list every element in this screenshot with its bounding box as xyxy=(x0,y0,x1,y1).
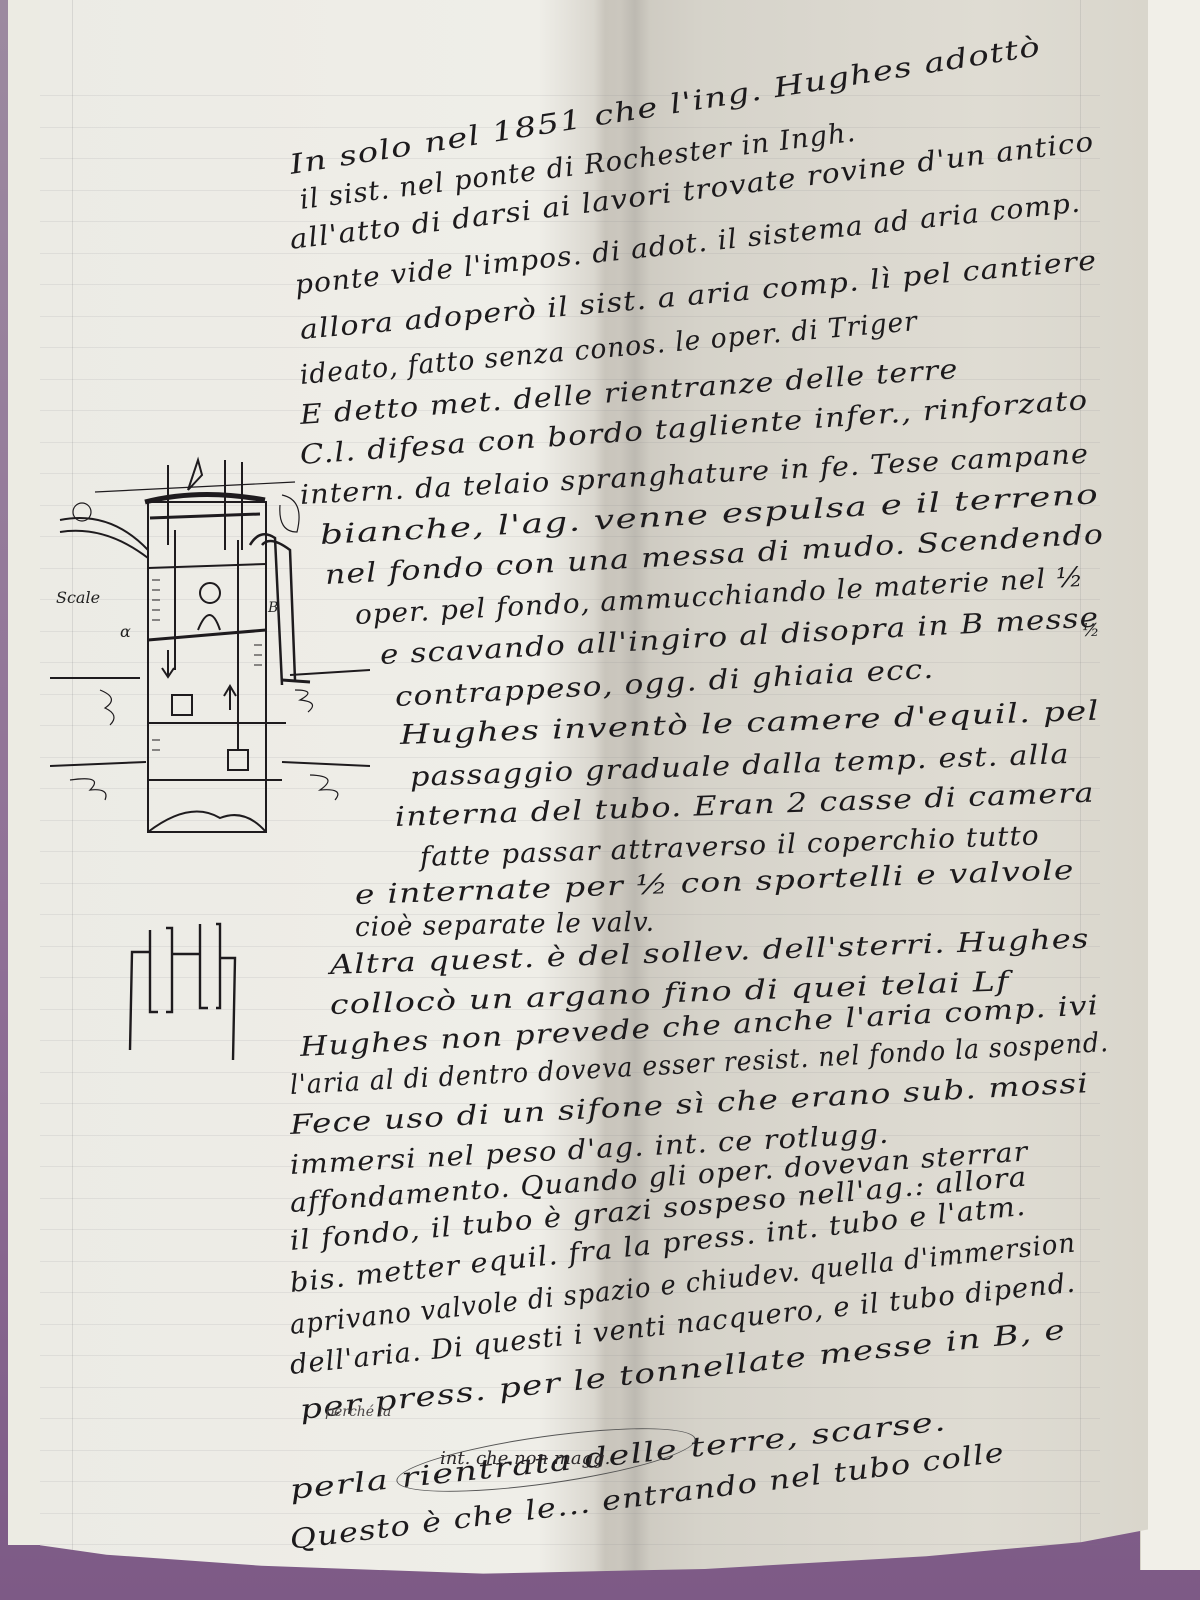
bubble-note: int. che non magg. xyxy=(440,1448,610,1469)
marginal-fraction: ½ xyxy=(1082,620,1099,641)
sketch-label-alpha: α xyxy=(120,622,131,641)
manuscript-line: cioè separate le valv. xyxy=(355,907,655,943)
adjacent-sheet-right xyxy=(1140,0,1200,1570)
ruled-line xyxy=(40,1481,1100,1482)
ruled-line xyxy=(40,1544,1100,1545)
interlinear-annotation: perché la xyxy=(325,1404,391,1420)
lock-chambers-sketch xyxy=(100,880,260,1060)
sketch-label-beta: B xyxy=(268,600,278,616)
sketch-label-scale: Scale xyxy=(56,588,100,607)
ruled-line xyxy=(40,95,1100,96)
